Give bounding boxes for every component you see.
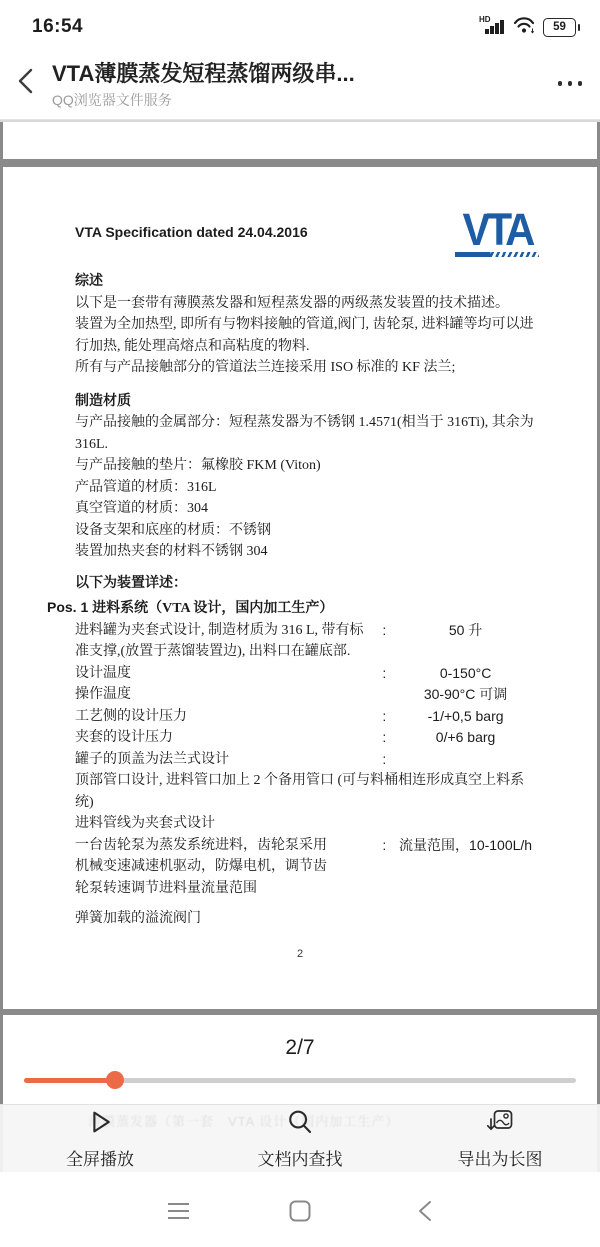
doc-para: 轮泵转速调节进料量流量范围: [75, 878, 537, 900]
svg-text:HD: HD: [479, 15, 491, 24]
nav-back-button[interactable]: [412, 1200, 438, 1226]
slider-fill: [24, 1078, 115, 1083]
export-long-image-button[interactable]: 导出为长图: [400, 1105, 600, 1172]
doc-heading: 综述: [75, 271, 539, 293]
bottom-toolbar: 薄膜蒸发器（第一套 VTA 设计（国内加工生产） 全屏播放 文档内查找: [0, 1104, 600, 1172]
battery-percentage: 59: [543, 18, 576, 37]
dot-icon: [558, 81, 563, 86]
spec-row-value: 30-90°C 可调: [392, 684, 539, 706]
doc-spec-row: 工艺侧的设计压力:-1/+0,5 barg: [75, 706, 539, 728]
status-icons: HD 59: [479, 14, 580, 40]
underlying-page-ghost-text: 薄膜蒸发器（第一套 VTA 设计（国内加工生产）: [88, 1111, 399, 1130]
spec-row-value: 50 升: [392, 620, 539, 642]
page-indicator: 2/7: [0, 1036, 600, 1060]
wifi-icon: [513, 16, 536, 39]
more-options-button[interactable]: [540, 56, 600, 112]
spec-row-label: 一台齿轮泵为蒸发系统进料，齿轮泵采用: [75, 835, 377, 857]
pos-number: Pos. 1: [47, 599, 92, 615]
doc-para: 设备支架和底座的材质：不锈钢: [75, 520, 537, 542]
document-title: VTA薄膜蒸发短程蒸馏两级串...: [52, 57, 532, 88]
spec-title: VTA Specification dated 24.04.2016: [75, 222, 308, 258]
doc-spec-row: 罐子的顶盖为法兰式设计:: [75, 749, 539, 771]
vta-logo-text: VTA: [455, 208, 539, 251]
spec-row-label: 工艺侧的设计压力: [75, 706, 377, 728]
spec-row-value: 0-150°C: [392, 663, 539, 685]
spec-row-label: 罐子的顶盖为法兰式设计: [75, 749, 377, 771]
doc-para: 真空管道的材质：304: [75, 498, 537, 520]
pos-title: 进料系统（VTA 设计，国内加工生产）: [92, 601, 333, 616]
page-1-fragment: [3, 122, 597, 159]
export-image-icon: [485, 1107, 515, 1142]
signal-strength-icon: HD: [479, 14, 506, 40]
nav-menu-button[interactable]: [165, 1200, 191, 1226]
doc-para: 装置为全加热型, 即所有与物料接触的管道,阀门, 齿轮泵, 进料罐等均可以进行加…: [75, 314, 537, 357]
page-2: VTA Specification dated 24.04.2016 VTA 综…: [3, 167, 597, 1009]
spec-row-label: 设计温度: [75, 663, 377, 685]
spec-row-colon: :: [377, 706, 393, 728]
spec-row-colon: :: [377, 620, 393, 642]
doc-spec-row: 进料罐为夹套式设计, 制造材质为 316 L, 带有标准支撑,(放置于蒸馏装置边…: [75, 620, 539, 663]
doc-para: 弹簧加载的溢流阀门: [75, 908, 537, 930]
dot-icon: [578, 81, 583, 86]
spec-row-label: 操作温度: [75, 684, 377, 706]
doc-para: 与产品接触的金属部分：短程蒸发器为不锈钢 1.4571(相当于 316Ti), …: [75, 412, 537, 455]
tool-label: 文档内查找: [258, 1145, 343, 1170]
spec-row-value: 流量范围，10-100L/h: [392, 835, 539, 857]
spec-row-colon: :: [377, 727, 393, 749]
doc-subheading: 以下为装置详述：: [75, 573, 539, 595]
spec-row-colon: :: [377, 835, 393, 857]
slider-thumb[interactable]: [106, 1071, 124, 1089]
doc-para: 以下是一套带有薄膜蒸发器和短程蒸发器的两级蒸发装置的技术描述。: [75, 293, 537, 315]
spec-row-value: 0/+6 barg: [392, 727, 539, 749]
battery-icon: 59: [543, 18, 580, 37]
system-navbar: [0, 1172, 600, 1247]
doc-para: 与产品接触的垫片：氟橡胶 FKM (Viton): [75, 455, 537, 477]
doc-heading: 制造材质: [75, 391, 539, 413]
doc-para: 机械变速减速机驱动，防爆电机，调节齿: [75, 856, 537, 878]
tool-label: 导出为长图: [458, 1145, 543, 1170]
header-text: VTA薄膜蒸发短程蒸馏两级串... QQ浏览器文件服务: [52, 57, 540, 110]
doc-para: 产品管道的材质：316L: [75, 477, 537, 499]
back-chevron-icon: [14, 66, 38, 101]
spec-row-label: 进料罐为夹套式设计, 制造材质为 316 L, 带有标准支撑,(放置于蒸馏装置边…: [75, 620, 377, 663]
doc-para: 顶部管口设计, 进料管口加上 2 个备用管口 (可与料桶相连形成真空上料系统): [75, 770, 537, 813]
nav-home-button[interactable]: [287, 1200, 313, 1226]
doc-pos-heading: Pos. 1 进料系统（VTA 设计，国内加工生产）: [47, 597, 539, 620]
spec-row-label: 夹套的设计压力: [75, 727, 377, 749]
app-header: VTA薄膜蒸发短程蒸馏两级串... QQ浏览器文件服务: [0, 48, 600, 120]
doc-content: 综述以下是一套带有薄膜蒸发器和短程蒸发器的两级蒸发装置的技术描述。装置为全加热型…: [75, 271, 539, 930]
tool-label: 全屏播放: [66, 1145, 134, 1170]
battery-nub: [578, 24, 581, 31]
vta-logo: VTA: [455, 210, 539, 257]
dot-icon: [568, 81, 573, 86]
document-source: QQ浏览器文件服务: [52, 90, 532, 110]
screen: 16:54 HD 59: [0, 0, 600, 1247]
page-gap: [0, 159, 600, 167]
status-bar: 16:54 HD 59: [0, 0, 600, 48]
home-square-icon: [288, 1199, 312, 1228]
clock: 16:54: [32, 16, 83, 38]
doc-spec-row: 一台齿轮泵为蒸发系统进料，齿轮泵采用:流量范围，10-100L/h: [75, 835, 539, 857]
menu-icon: [167, 1202, 190, 1225]
spec-header-row: VTA Specification dated 24.04.2016 VTA: [75, 185, 539, 257]
spec-row-colon: :: [377, 663, 393, 685]
doc-spec-row: 夹套的设计压力:0/+6 barg: [75, 727, 539, 749]
doc-para: 所有与产品接触部分的管道法兰连接采用 ISO 标准的 KF 法兰;: [75, 357, 537, 379]
doc-spec-row: 设计温度:0-150°C: [75, 663, 539, 685]
back-button[interactable]: [0, 56, 52, 112]
spec-row-colon: :: [377, 749, 393, 771]
page-slider[interactable]: [24, 1071, 576, 1089]
spec-row-value: -1/+0,5 barg: [392, 706, 539, 728]
page-footer-number: 2: [3, 944, 597, 966]
doc-para: 装置加热夹套的材料不锈钢 304: [75, 541, 537, 563]
doc-spec-row: 操作温度30-90°C 可调: [75, 684, 539, 706]
nav-back-chevron-icon: [416, 1199, 434, 1228]
doc-para: 进料管线为夹套式设计: [75, 813, 537, 835]
